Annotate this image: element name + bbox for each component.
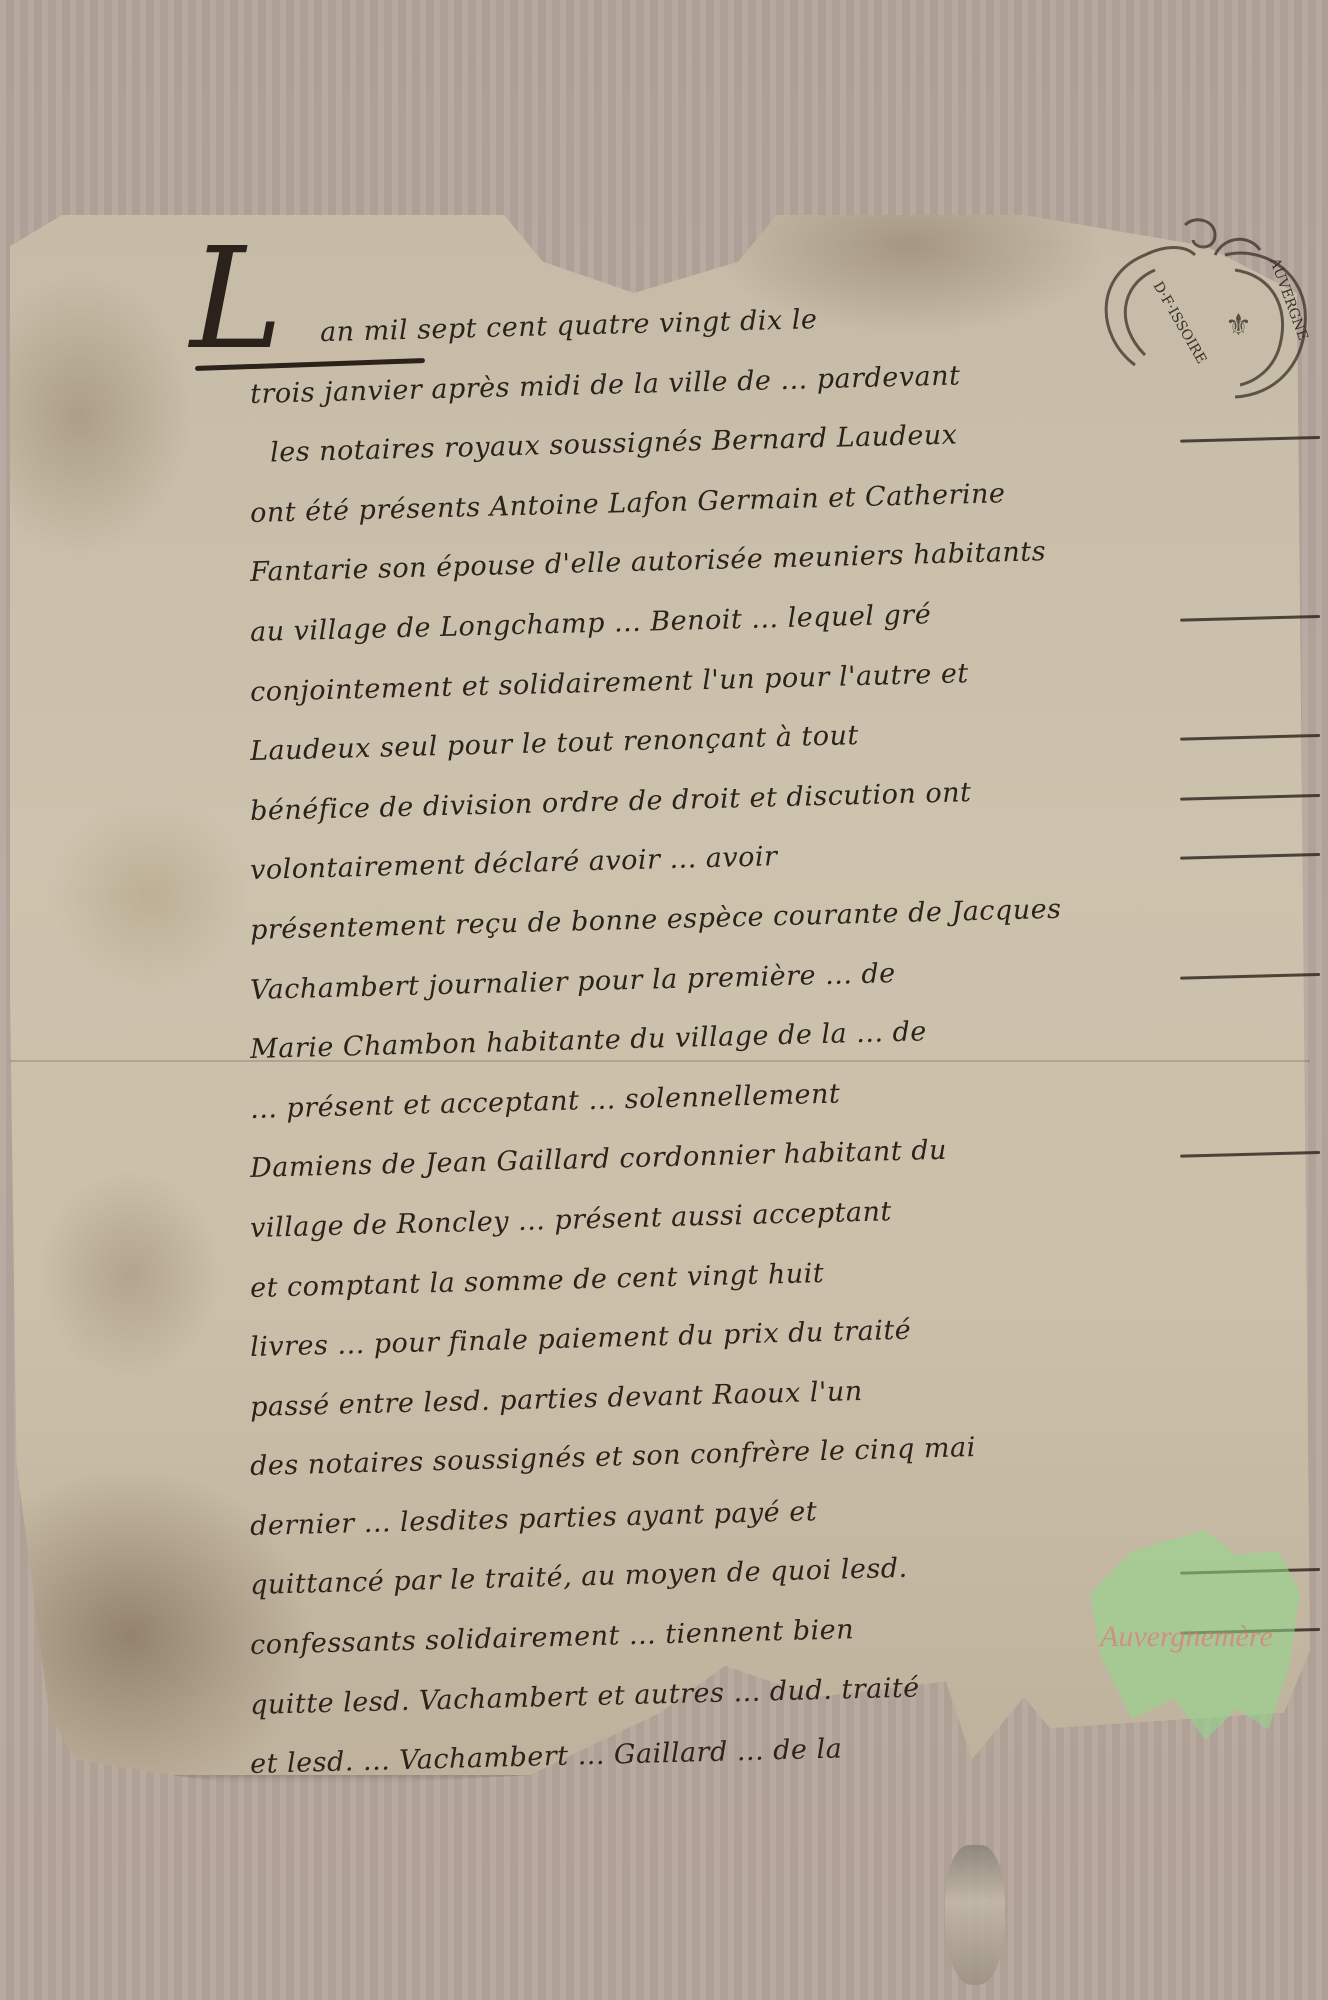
binding-ribbon: [945, 1845, 1005, 1985]
watermark-text: Auvergnemère: [1100, 1620, 1273, 1654]
